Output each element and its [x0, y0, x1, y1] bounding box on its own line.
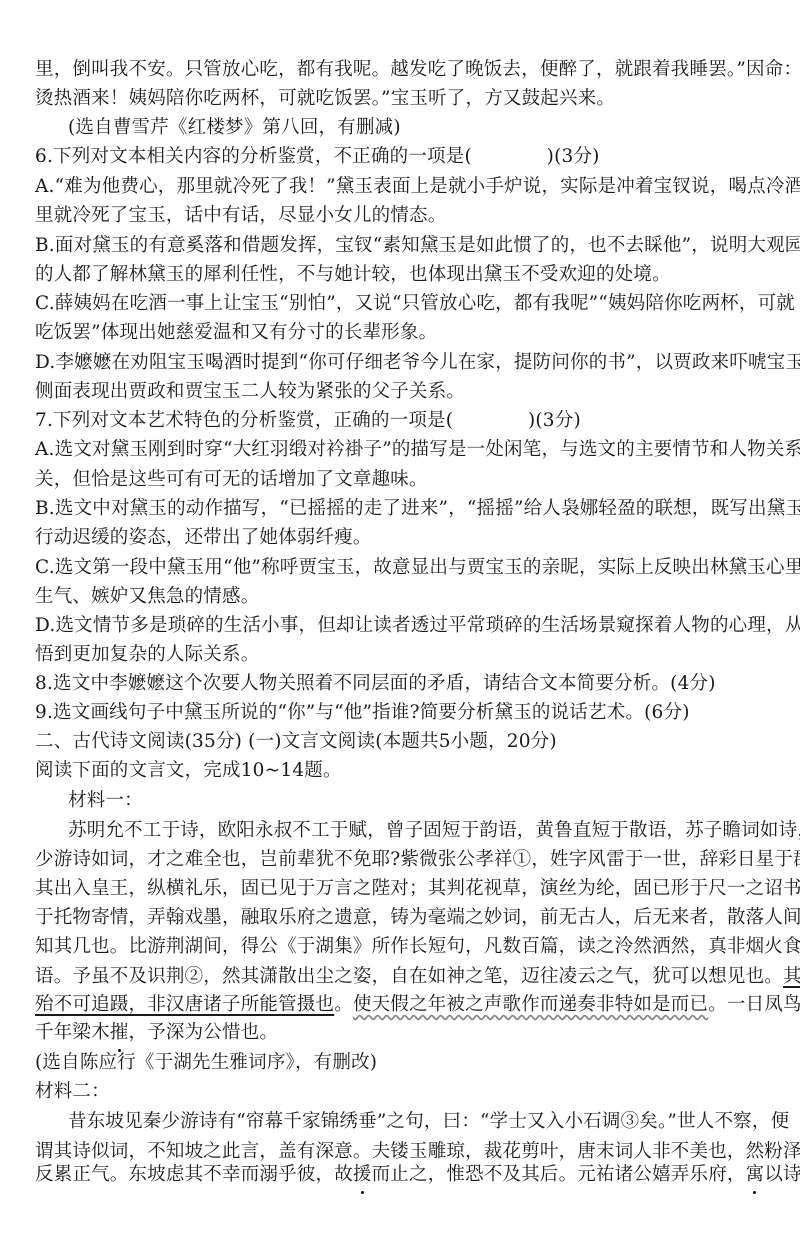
q6-option-a: A.“难为他费心，那里就冷死了我！”黛玉表面上是就小手炉说，实际是冲着宝钗说，喝…: [35, 175, 765, 199]
question-8: 8.选文中李嬷嬷这个次要人物关照着不同层面的矛盾，请结合文本简要分析。(4分): [35, 672, 765, 696]
material-1-text: 千年梁木: [35, 1022, 110, 1043]
material-2-line-with-dots: 反累正气。东坡虑其不幸而溺乎彼，故援而止之，惟恐不及其后。元祐诸公嬉弄乐府，寓以…: [35, 1163, 765, 1187]
material-1-last-line: 千年梁木摧，予深为公惜也。: [35, 1021, 765, 1045]
material-1-text: 。一日凤鸟去，: [708, 994, 800, 1015]
q6-option-b: B.面对黛玉的有意奚落和借题发挥，宝钗“素知黛玉是如此惯了的，也不去睬他”，说明…: [35, 234, 765, 258]
passage-source: (选自曹雪芹《红楼梦》第八回，有删减): [68, 116, 765, 140]
wavy-underlined-sentence: 使天假之年被之声歌作而递奏非特如是而已: [353, 994, 708, 1015]
q7-option-a: A.选文对黛玉刚到时穿“大红羽缎对衿褂子”的描写是一处闲笔，与选文的主要情节和人…: [35, 438, 765, 462]
passage-line: 里，倒叫我不安。只管放心吃，都有我呢。越发吃了晚饭去，便醉了，就跟着我睡罢。”因…: [35, 58, 765, 82]
material-1-source: (选自陈应行《于湖先生雅词序》，有删改): [35, 1051, 765, 1075]
material-1-line-with-underline: 语。予虽不及识荆②，然其潇散出尘之姿，自在如神之笔，迈往凌云之气，犹可以想见也。…: [35, 965, 765, 989]
question-9: 9.选文画线句子中黛玉所说的“你”与“他”指谁?简要分析黛玉的说话艺术。(6分): [35, 701, 765, 725]
q7-option-b-cont: 行动迟缓的姿态，还带出了她体弱纤瘦。: [35, 526, 765, 550]
q7-option-d: D.选文情节多是琐碎的生活小事，但却让读者透过平常琐碎的生活场景窥探着人物的心理…: [35, 614, 765, 638]
q7-option-c-cont: 生气、嫉妒又焦急的情感。: [35, 585, 765, 609]
emphasis-dot-char: 寓: [746, 1163, 765, 1187]
material-1-line: 少游诗如词，才之难全也，岂前辈犹不免耶?紫微张公孝祥①，姓字风雷于一世，辞彩日星…: [35, 848, 765, 872]
q7-option-d-cont: 悟到更加复杂的人际关系。: [35, 643, 765, 667]
emphasis-dot-char: 摧: [110, 1021, 129, 1045]
underlined-sentence-end: 殆不可追蹑，非汉唐诸子所能管摄也: [35, 994, 334, 1015]
material-1-label: 材料一：: [68, 789, 765, 813]
q6-option-d: D.李嬷嬷在劝阻宝玉喝酒时提到“你可仔细老爷今儿在家，提防问你的书”，以贾政来吓…: [35, 351, 765, 375]
material-2-line: 昔东坡见秦少游诗有“帘幕千家锦绣垂”之句，曰：“学士又入小石调③矣。”世人不察，…: [68, 1110, 765, 1134]
q6-option-c: C.薛姨妈在吃酒一事上让宝玉“别怕”，又说“只管放心吃，都有我呢”“姨妈陪你吃两…: [35, 292, 765, 316]
section-heading: 二、古代诗文阅读(35分) (一)文言文阅读(本题共5小题，20分): [35, 730, 765, 754]
q6-option-c-cont: 吃饭罢”体现出她慈爱温和又有分寸的长辈形象。: [35, 321, 765, 345]
material-1-line: 知其几也。比游荆湖间，得公《于湖集》所作长短句，凡数百篇，读之泠然洒然，真非烟火…: [35, 935, 765, 959]
material-2-text: 反累正气。东坡虑其不幸而溺乎彼，故: [35, 1164, 353, 1185]
material-1-line: 其出入皇王，纵横礼乐，固已见于万言之陛对；其判花视草，演丝为纶，固已形于尺一之诏…: [35, 877, 765, 901]
q6-option-a-cont: 里就冷死了宝玉，话中有话，尽显小女儿的情态。: [35, 204, 765, 228]
q7-option-c: C.选文第一段中黛玉用“他”称呼贾宝玉，故意显出与贾宝玉的亲昵，实际上反映出林黛…: [35, 556, 765, 580]
q6-option-d-cont: 侧面表现出贾政和贾宝玉二人较为紧张的父子关系。: [35, 380, 765, 404]
material-1-line: 于托物寄情，弄翰戏墨，融取乐府之遗意，铸为毫端之妙词，前无古人，后无来者，散落人…: [35, 906, 765, 930]
section-instruction: 阅读下面的文言文，完成10~14题。: [35, 759, 765, 783]
material-2-text: 而止之，惟恐不及其后。元祐诸公嬉弄乐府，: [372, 1164, 746, 1185]
material-2-label: 材料二：: [35, 1080, 765, 1104]
underlined-sentence-start: 其超然: [783, 966, 800, 987]
emphasis-dot-char: 援: [353, 1163, 372, 1187]
material-1-line: 苏明允不工于诗，欧阳永叔不工于赋，曾子固短于韵语，黄鲁直短于散语，苏子瞻词如诗，…: [68, 819, 765, 843]
passage-line: 烫热酒来！姨妈陪你吃两杯，可就吃饭罢。”宝玉听了，方又鼓起兴来。: [35, 87, 765, 111]
question-7-stem: 7.下列对文本艺术特色的分析鉴赏，正确的一项是( )(3分): [35, 409, 765, 433]
q7-option-a-cont: 关，但恰是这些可有可无的话增加了文章趣味。: [35, 468, 765, 492]
material-1-text: 语。予虽不及识荆②，然其潇散出尘之姿，自在如神之笔，迈往凌云之气，犹可以想见也。: [35, 966, 783, 987]
material-1-underline-line: 殆不可追蹑，非汉唐诸子所能管摄也。使天假之年被之声歌作而递奏非特如是而已。一日凤…: [35, 993, 765, 1017]
q7-option-b: B.选文中对黛玉的动作描写，“已摇摇的走了进来”，“摇摇”给人袅娜轻盈的联想，既…: [35, 497, 765, 521]
period: 。: [334, 994, 353, 1015]
material-1-text: ，予深为公惜也。: [129, 1022, 279, 1043]
question-6-stem: 6.下列对文本相关内容的分析鉴赏，不正确的一项是( )(3分): [35, 145, 765, 169]
material-2-line: 谓其诗似词，不知坡之此言，盖有深意。夫镂玉雕琼，裁花剪叶，唐末词人非不美也，然粉…: [35, 1140, 765, 1164]
q6-option-b-cont: 的人都了解林黛玉的犀利任性，不与她计较，也体现出黛玉不受欢迎的处境。: [35, 263, 765, 287]
material-2-text: 以诗人句: [764, 1164, 800, 1185]
